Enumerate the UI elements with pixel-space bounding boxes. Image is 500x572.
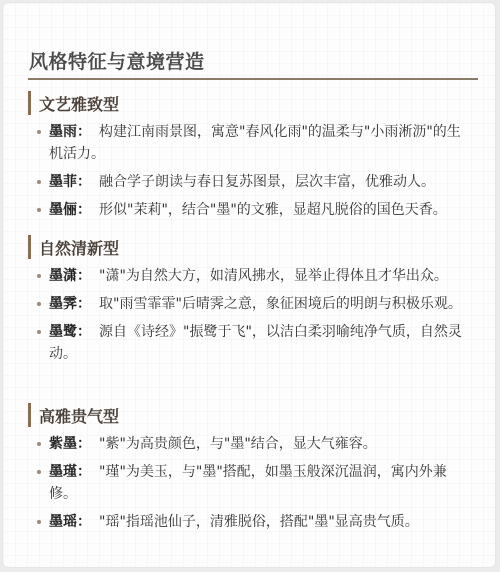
- section-natural: 自然清新型 墨潇："潇"为自然大方，如清风拂水，显举止得体且才华出众。 墨霁：取…: [28, 235, 478, 365]
- list-item: 紫墨："紫"为高贵颜色，与"墨"结合，显大气雍容。: [28, 433, 478, 455]
- list-item: 墨菲：融合学子朗读与春日复苏图景，层次丰富，优雅动人。: [28, 171, 478, 193]
- name-description: 构建江南雨景图，寓意"春风化雨"的温柔与"小雨淅沥"的生机活力。: [49, 124, 461, 162]
- section-noble: 高雅贵气型 紫墨："紫"为高贵颜色，与"墨"结合，显大气雍容。 墨瑾："瑾"为美…: [28, 403, 478, 533]
- list-item: 墨瑾："瑾"为美玉，与"墨"搭配，如墨玉般深沉温润，寓内外兼修。: [28, 461, 478, 505]
- name-description: 形似"茉莉"，结合"墨"的文雅，显超凡脱俗的国色天香。: [99, 202, 447, 218]
- name-description: 源自《诗经》"振鹭于飞"，以洁白柔羽喻纯净气质，自然灵动。: [49, 324, 462, 362]
- bullet-icon: [37, 520, 41, 524]
- name-list: 墨雨：构建江南雨景图，寓意"春风化雨"的温柔与"小雨淅沥"的生机活力。 墨菲：融…: [28, 121, 478, 221]
- title-divider: [28, 78, 478, 80]
- section-heading-text: 自然清新型: [39, 236, 119, 259]
- content-card: 风格特征与意境营造 文艺雅致型 墨雨：构建江南雨景图，寓意"春风化雨"的温柔与"…: [2, 2, 496, 568]
- name-term: 墨瑾: [49, 464, 77, 480]
- name-term: 墨瑶: [49, 514, 77, 530]
- bullet-icon: [37, 442, 41, 446]
- list-item: 墨瑶："瑶"指瑶池仙子，清雅脱俗，搭配"墨"显高贵气质。: [28, 511, 478, 533]
- name-description: 融合学子朗读与春日复苏图景，层次丰富，优雅动人。: [99, 174, 435, 190]
- section-heading-text: 文艺雅致型: [39, 92, 119, 115]
- bullet-icon: [37, 208, 41, 212]
- bullet-icon: [37, 180, 41, 184]
- name-term: 紫墨: [49, 436, 77, 452]
- name-description: "潇"为自然大方，如清风拂水，显举止得体且才华出众。: [99, 268, 448, 284]
- name-description: 取"雨雪霏霏"后晴霁之意，象征困境后的明朗与积极乐观。: [99, 296, 462, 312]
- name-description: "瑾"为美玉，与"墨"搭配，如墨玉般深沉温润，寓内外兼修。: [49, 464, 447, 502]
- bullet-icon: [37, 470, 41, 474]
- section-heading: 文艺雅致型: [28, 91, 478, 115]
- section-heading: 高雅贵气型: [28, 403, 478, 427]
- section-literary: 文艺雅致型 墨雨：构建江南雨景图，寓意"春风化雨"的温柔与"小雨淅沥"的生机活力…: [28, 91, 478, 221]
- list-item: 墨潇："潇"为自然大方，如清风拂水，显举止得体且才华出众。: [28, 265, 478, 287]
- bullet-icon: [37, 274, 41, 278]
- name-description: "瑶"指瑶池仙子，清雅脱俗，搭配"墨"显高贵气质。: [99, 514, 419, 530]
- name-term: 墨雨: [49, 124, 77, 140]
- bullet-icon: [37, 330, 41, 334]
- name-term: 墨潇: [49, 268, 77, 284]
- list-item: 墨俪：形似"茉莉"，结合"墨"的文雅，显超凡脱俗的国色天香。: [28, 199, 478, 221]
- section-heading: 自然清新型: [28, 235, 478, 259]
- name-term: 墨霁: [49, 296, 77, 312]
- bullet-icon: [37, 130, 41, 134]
- name-list: 紫墨："紫"为高贵颜色，与"墨"结合，显大气雍容。 墨瑾："瑾"为美玉，与"墨"…: [28, 433, 478, 533]
- name-term: 墨菲: [49, 174, 77, 190]
- name-description: "紫"为高贵颜色，与"墨"结合，显大气雍容。: [99, 436, 377, 452]
- name-term: 墨俪: [49, 202, 77, 218]
- page-title: 风格特征与意境营造: [29, 47, 205, 74]
- list-item: 墨鹭：源自《诗经》"振鹭于飞"，以洁白柔羽喻纯净气质，自然灵动。: [28, 321, 478, 365]
- name-term: 墨鹭: [49, 324, 77, 340]
- list-item: 墨霁：取"雨雪霏霏"后晴霁之意，象征困境后的明朗与积极乐观。: [28, 293, 478, 315]
- name-list: 墨潇："潇"为自然大方，如清风拂水，显举止得体且才华出众。 墨霁：取"雨雪霏霏"…: [28, 265, 478, 365]
- bullet-icon: [37, 302, 41, 306]
- section-heading-text: 高雅贵气型: [39, 404, 119, 427]
- list-item: 墨雨：构建江南雨景图，寓意"春风化雨"的温柔与"小雨淅沥"的生机活力。: [28, 121, 478, 165]
